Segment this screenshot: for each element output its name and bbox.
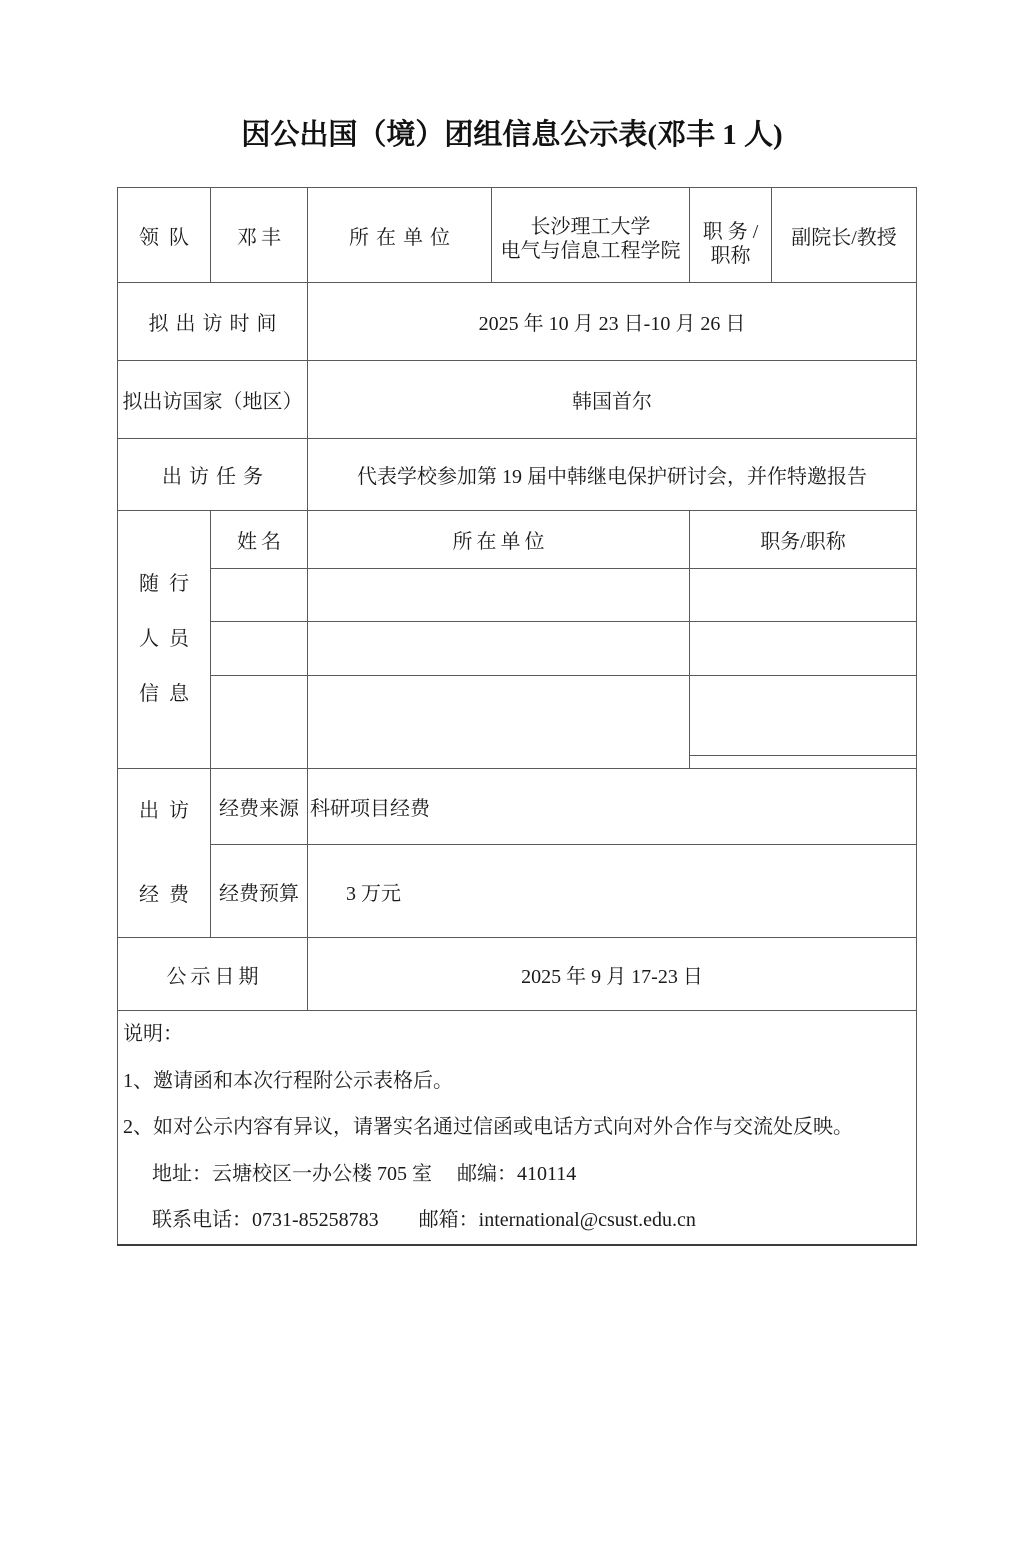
- position-label-line2: 职称: [690, 244, 771, 268]
- page-title: 因公出国（境）团组信息公示表(邓丰 1 人): [0, 116, 1024, 154]
- notes-cell: 说明： 1、邀请函和本次行程附公示表格后。 2、如对公示内容有异议，请署实名通过…: [118, 1011, 917, 1245]
- mission-label-cell: 出访任务: [118, 439, 308, 511]
- publicity-date-row: 公示日期 2025 年 9 月 17-23 日: [118, 938, 917, 1011]
- companions-header-row: 随行 人员 信息 姓名 所在单位 职务/职称: [118, 511, 917, 569]
- companion-position-cell: [690, 622, 917, 676]
- destination-row: 拟出访国家（地区） 韩国首尔: [118, 361, 917, 439]
- leader-position-value-cell: 副院长/教授: [772, 188, 917, 283]
- companion-position-sliver-cell: [690, 756, 917, 769]
- companions-row-3: [118, 676, 917, 756]
- leader-unit-value-cell: 长沙理工大学 电气与信息工程学院: [492, 188, 690, 283]
- funding-section-label-cell: 出访 经费: [118, 769, 211, 938]
- leader-unit-line1: 长沙理工大学: [492, 215, 689, 239]
- leader-name-cell: 邓丰: [211, 188, 308, 283]
- companions-row-2: [118, 622, 917, 676]
- companion-name-cell: [211, 622, 308, 676]
- funding-source-label-cell: 经费来源: [211, 769, 308, 845]
- companions-label-line3: 信息: [118, 667, 210, 722]
- companion-position-cell: [690, 676, 917, 756]
- companion-unit-cell: [308, 569, 690, 622]
- funding-budget-label-cell: 经费预算: [211, 845, 308, 938]
- companion-position-cell: [690, 569, 917, 622]
- funding-source-value-cell: 科研项目经费: [308, 769, 917, 845]
- companions-header-position: 职务/职称: [690, 511, 917, 569]
- visit-time-row: 拟出访时间 2025 年 10 月 23 日-10 月 26 日: [118, 283, 917, 361]
- funding-label-line2: 经费: [118, 853, 210, 937]
- publicity-date-value-cell: 2025 年 9 月 17-23 日: [308, 938, 917, 1011]
- companion-unit-cell: [308, 676, 690, 769]
- companion-name-cell: [211, 676, 308, 769]
- mission-row: 出访任务 代表学校参加第 19 届中韩继电保护研讨会，并作特邀报告: [118, 439, 917, 511]
- notes-address: 地址：云塘校区一办公楼 705 室 邮编：410114: [118, 1151, 916, 1198]
- leader-row: 领队 邓丰 所在单位 长沙理工大学 电气与信息工程学院 职 务 / 职称 副院长…: [118, 188, 917, 283]
- publicity-date-label-cell: 公示日期: [118, 938, 308, 1011]
- funding-source-row: 出访 经费 经费来源 科研项目经费: [118, 769, 917, 845]
- mission-value-cell: 代表学校参加第 19 届中韩继电保护研讨会，并作特邀报告: [308, 439, 917, 511]
- leader-label-cell: 领队: [118, 188, 211, 283]
- leader-position-label-cell: 职 务 / 职称: [690, 188, 772, 283]
- companions-header-name: 姓名: [211, 511, 308, 569]
- funding-label-line1: 出访: [118, 769, 210, 853]
- companion-name-cell: [211, 569, 308, 622]
- notes-item-2: 2、如对公示内容有异议，请署实名通过信函或电话方式向对外合作与交流处反映。: [118, 1104, 916, 1151]
- publicity-form-table: 领队 邓丰 所在单位 长沙理工大学 电气与信息工程学院 职 务 / 职称 副院长…: [117, 187, 917, 1246]
- notes-row: 说明： 1、邀请函和本次行程附公示表格后。 2、如对公示内容有异议，请署实名通过…: [118, 1011, 917, 1245]
- funding-budget-row: 经费预算 3 万元: [118, 845, 917, 938]
- companions-label-line2: 人员: [118, 612, 210, 667]
- leader-unit-label-cell: 所在单位: [308, 188, 492, 283]
- position-label-line1: 职 务 /: [690, 220, 771, 244]
- visit-time-label-cell: 拟出访时间: [118, 283, 308, 361]
- funding-budget-value-cell: 3 万元: [308, 845, 917, 938]
- companions-row-1: [118, 569, 917, 622]
- notes-item-1: 1、邀请函和本次行程附公示表格后。: [118, 1058, 916, 1105]
- companions-header-unit: 所在单位: [308, 511, 690, 569]
- destination-label-cell: 拟出访国家（地区）: [118, 361, 308, 439]
- notes-contact: 联系电话：0731-85258783 邮箱：international@csus…: [118, 1197, 916, 1244]
- destination-value-cell: 韩国首尔: [308, 361, 917, 439]
- leader-unit-line2: 电气与信息工程学院: [492, 239, 689, 263]
- companions-label-line1: 随行: [118, 557, 210, 612]
- companion-unit-cell: [308, 622, 690, 676]
- notes-heading: 说明：: [118, 1011, 916, 1058]
- companions-section-label-cell: 随行 人员 信息: [118, 511, 211, 769]
- visit-time-value-cell: 2025 年 10 月 23 日-10 月 26 日: [308, 283, 917, 361]
